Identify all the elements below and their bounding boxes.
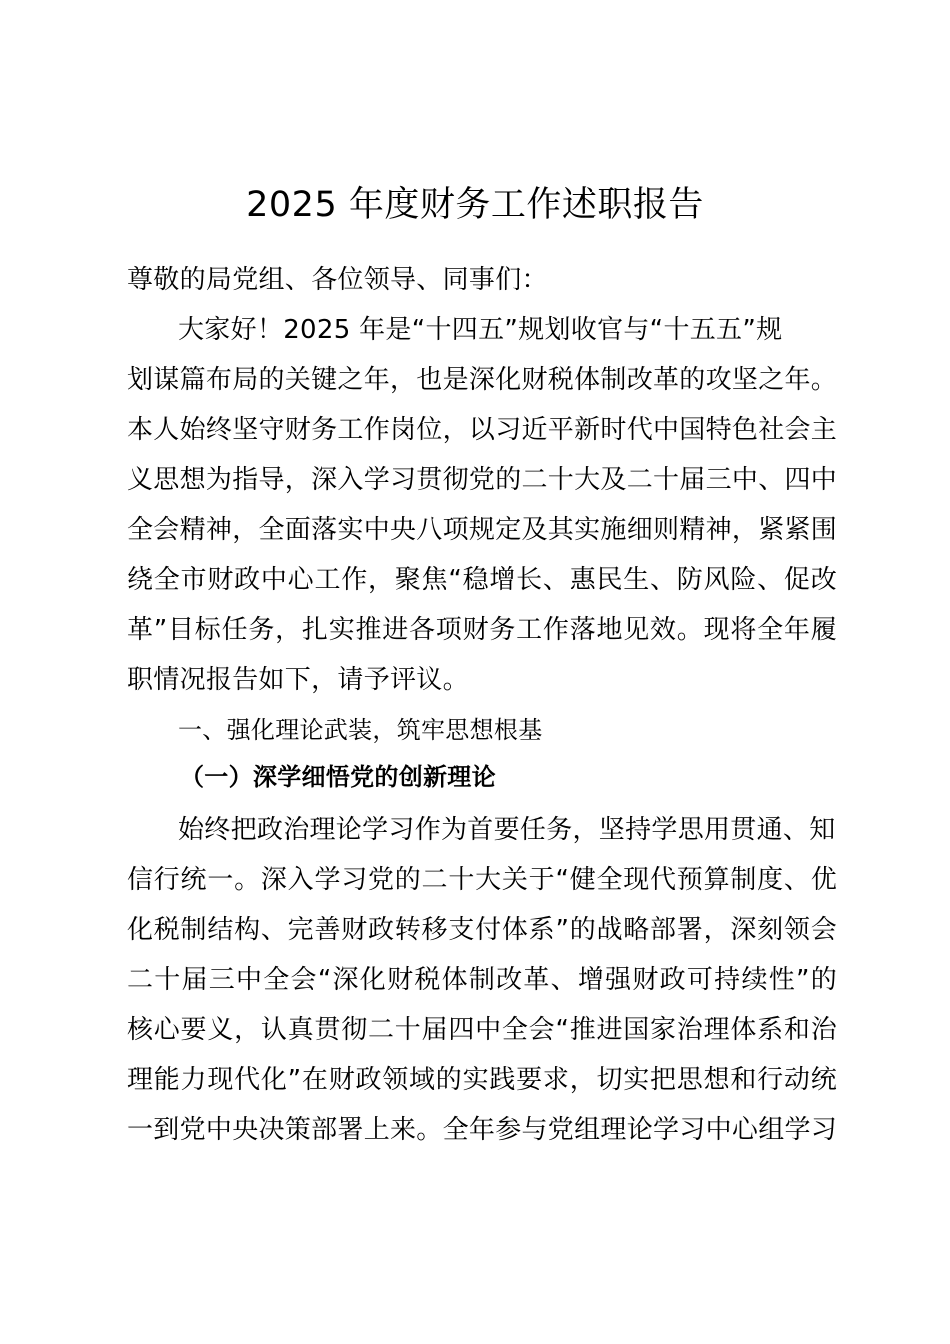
body-line: 二十届三中全会“深化财税体制改革、增强财政可持续性”的 <box>127 955 837 1005</box>
intro-line: 义思想为指导，深入学习贯彻党的二十大及二十届三中、四中 <box>127 455 837 505</box>
section-heading: 一、强化理论武装，筑牢思想根基 <box>178 705 888 755</box>
intro-line: 大家好！2025 年是“十四五”规划收官与“十五五”规 <box>178 305 837 355</box>
body-line: 理能力现代化”在财政领域的实践要求，切实把思想和行动统 <box>127 1055 837 1105</box>
body-line: 一到党中央决策部署上来。全年参与党组理论学习中心组学习 <box>127 1105 837 1155</box>
document-title: 2025 年度财务工作述职报告 <box>0 180 950 230</box>
body-line: 信行统一。深入学习党的二十大关于“健全现代预算制度、优 <box>127 855 837 905</box>
intro-line: 划谋篇布局的关键之年，也是深化财税体制改革的攻坚之年。 <box>127 355 837 405</box>
intro-line: 革”目标任务，扎实推进各项财务工作落地见效。现将全年履 <box>127 605 837 655</box>
subsection-heading: （一）深学细悟党的创新理论 <box>180 752 890 802</box>
salutation: 尊敬的局党组、各位领导、同事们： <box>127 255 837 305</box>
intro-line: 全会精神，全面落实中央八项规定及其实施细则精神，紧紧围 <box>127 505 837 555</box>
intro-line: 职情况报告如下，请予评议。 <box>127 655 837 705</box>
body-line: 化税制结构、完善财政转移支付体系”的战略部署，深刻领会 <box>127 905 837 955</box>
body-line: 始终把政治理论学习作为首要任务，坚持学思用贯通、知 <box>178 805 837 855</box>
intro-line: 本人始终坚守财务工作岗位，以习近平新时代中国特色社会主 <box>127 405 837 455</box>
document-page: 2025 年度财务工作述职报告 尊敬的局党组、各位领导、同事们： 大家好！202… <box>0 0 950 1344</box>
intro-line: 绕全市财政中心工作，聚焦“稳增长、惠民生、防风险、促改 <box>127 555 837 605</box>
body-line: 核心要义，认真贯彻二十届四中全会“推进国家治理体系和治 <box>127 1005 837 1055</box>
